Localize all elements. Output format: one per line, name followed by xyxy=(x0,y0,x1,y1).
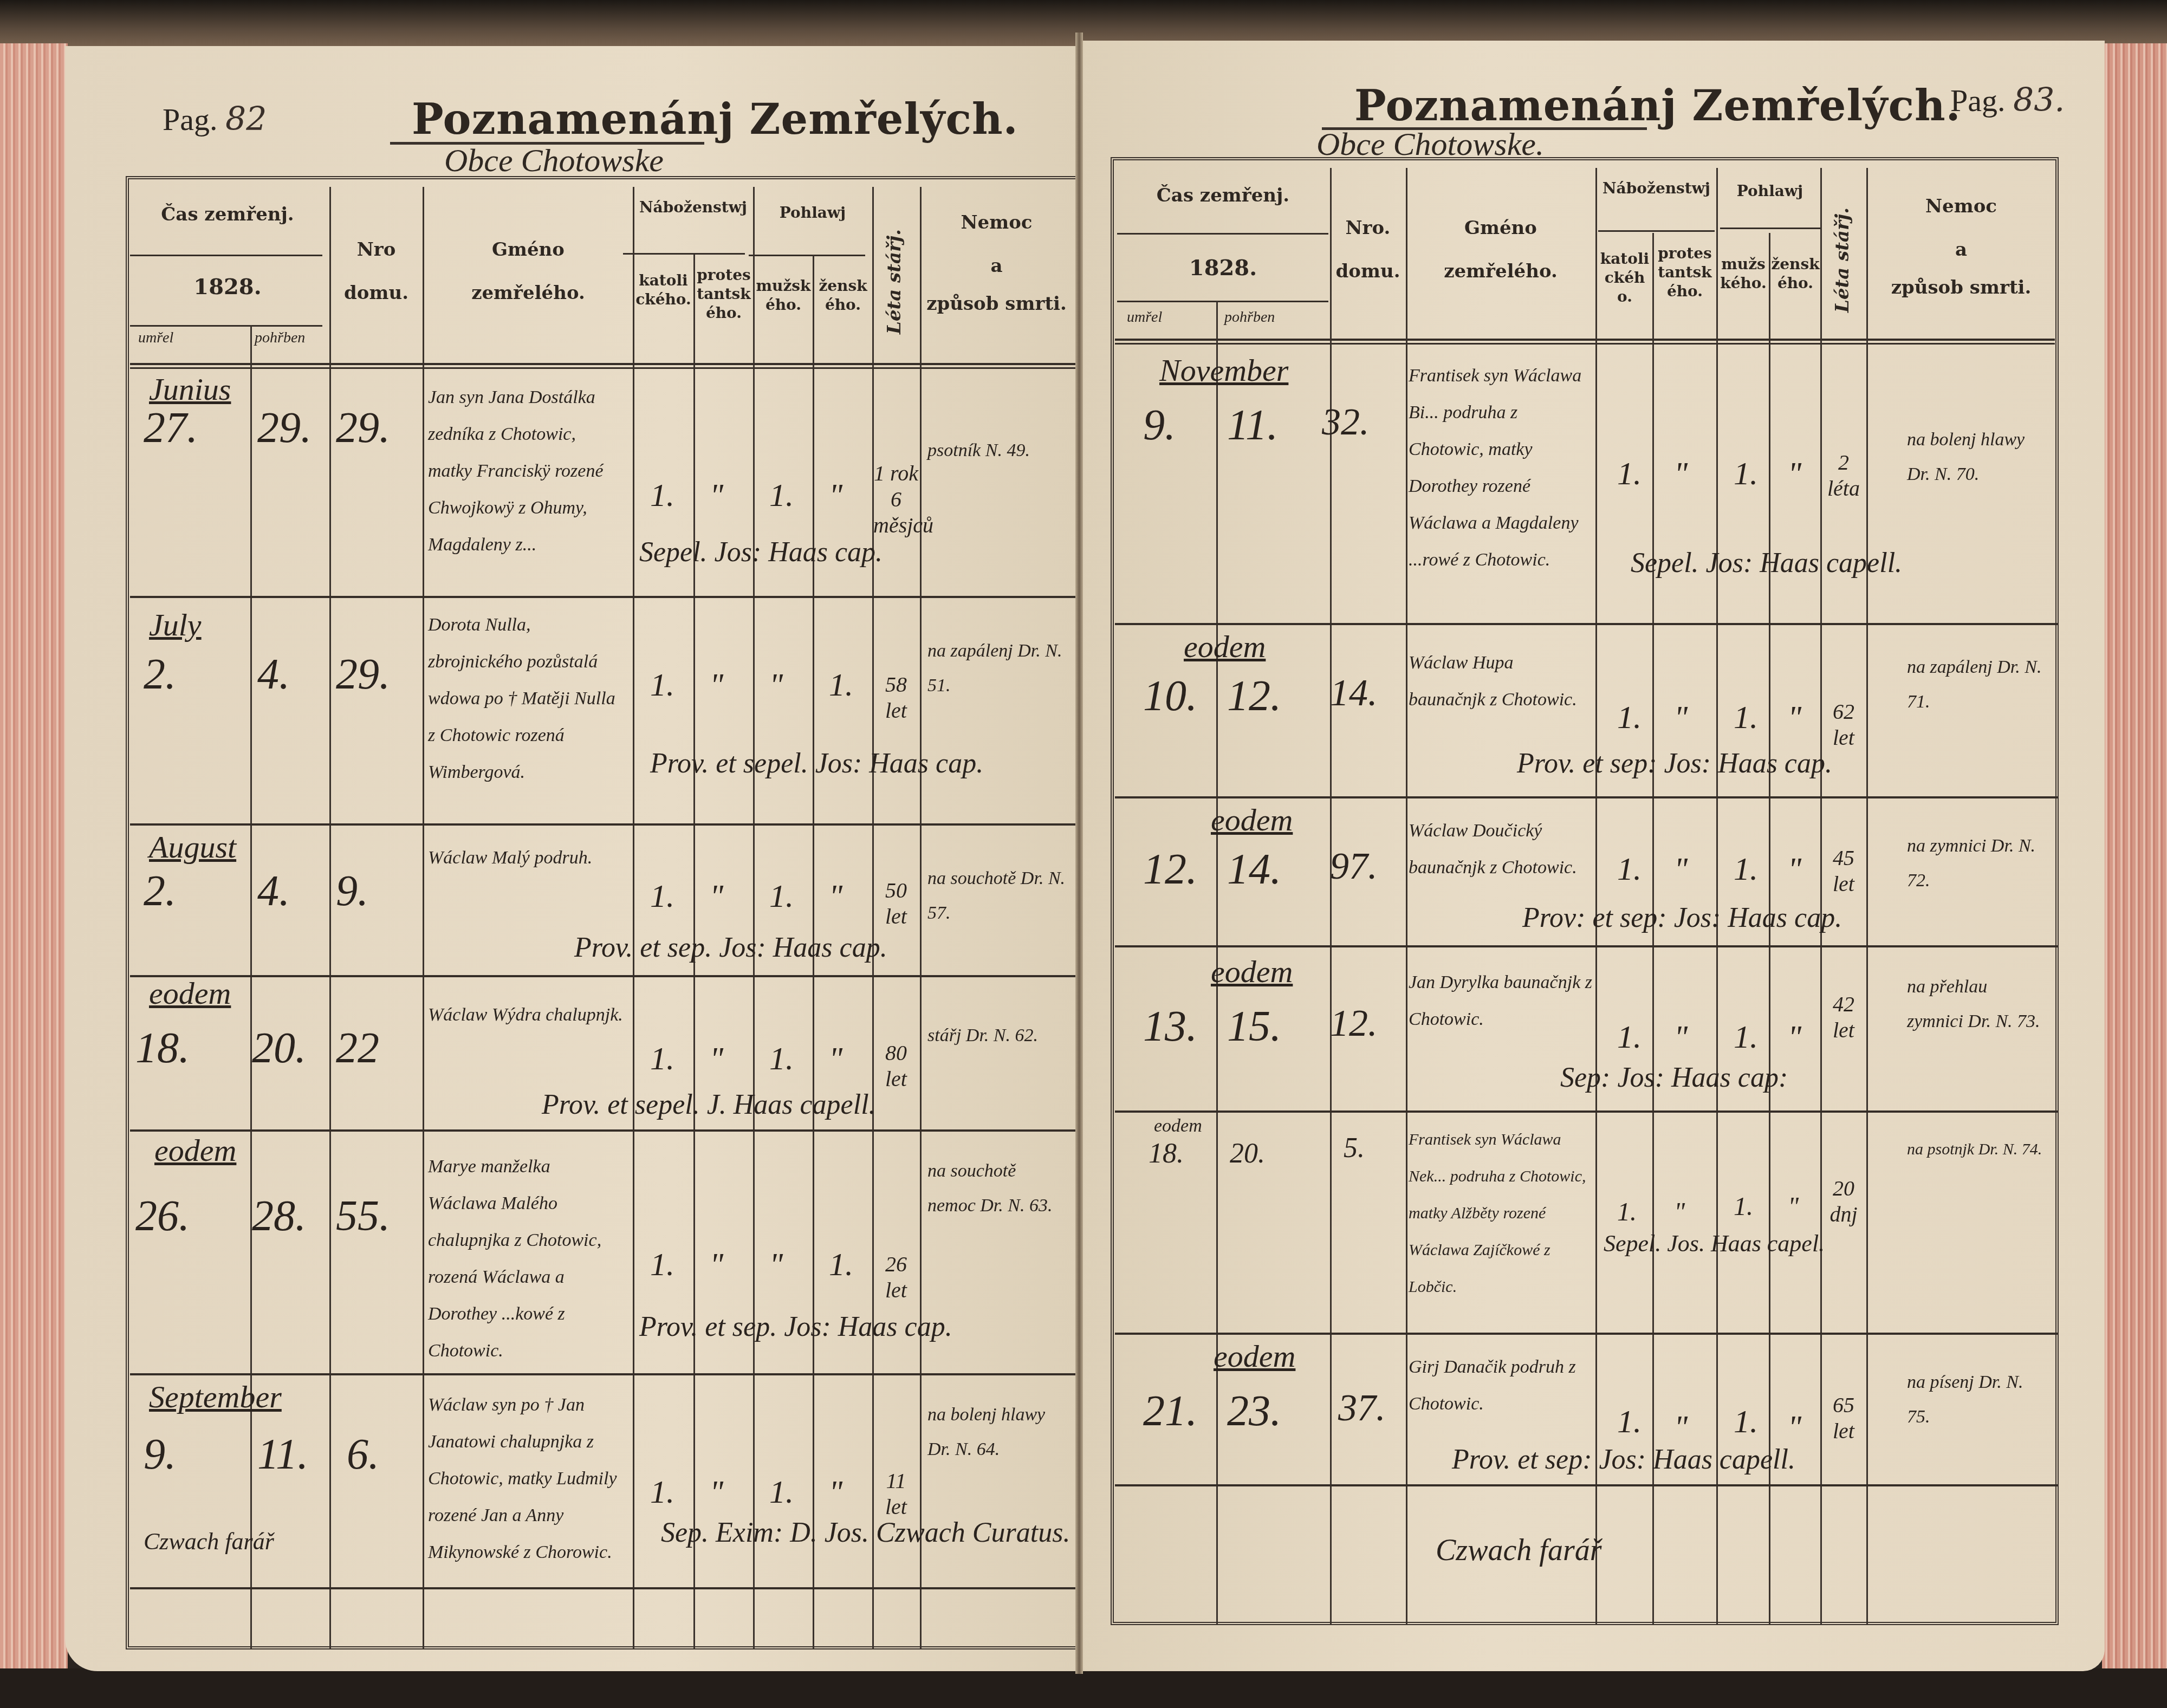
header-rule-sex xyxy=(749,255,865,256)
entry-house-number: 29. xyxy=(336,404,390,453)
entry-cause: na zapálenj Dr. N. 71. xyxy=(1907,650,2048,719)
entry-female: " xyxy=(1788,1018,1801,1056)
header-house-no: Nro. xyxy=(1333,217,1403,240)
entry-male: " xyxy=(769,666,783,704)
entry-burial-day: 11. xyxy=(257,1430,308,1479)
row-separator xyxy=(1115,1333,2058,1335)
col-line xyxy=(423,187,424,1649)
entry-cause: na zymnici Dr. N. 72. xyxy=(1907,829,2048,898)
entry-age: 1 rok 6 měsjců xyxy=(873,460,919,538)
entry-female: " xyxy=(829,1040,842,1077)
entry-signature: Prov. et sep: Jos: Haas capell. xyxy=(1452,1444,1795,1476)
entry-name: Wáclaw Hupa baunačnjk z Chotowic. xyxy=(1409,645,1593,718)
entry-death-day: 9. xyxy=(1143,401,1176,450)
entry-female: " xyxy=(829,1473,842,1511)
entry-burial-day: 15. xyxy=(1227,1002,1281,1051)
entry-month: July xyxy=(149,607,202,643)
entry-catholic: 1. xyxy=(650,477,674,514)
entry-name: Frantisek syn Wáclawa Nek... podruha z C… xyxy=(1409,1121,1593,1306)
entry-name: Jan Dyrylka baunačnjk z Chotowic. xyxy=(1409,964,1593,1038)
entry-catholic: 1. xyxy=(1617,1403,1642,1440)
entry-catholic: 1. xyxy=(650,666,674,704)
entry-name: Girj Danačik podruh z Chotowic. xyxy=(1409,1349,1593,1423)
entry-name: Marye manželka Wáclawa Malého chalupnjka… xyxy=(428,1148,623,1369)
entry-signature: Sepel. Jos: Haas cap. xyxy=(639,536,883,568)
entry-protestant: " xyxy=(1674,1197,1685,1227)
header-buried: pohřben xyxy=(255,329,305,347)
entry-signature: Prov. et sep. Jos: Haas cap. xyxy=(639,1311,952,1343)
entry-signature: Prov. et sepel. J. Haas capell. xyxy=(542,1089,876,1121)
entry-name: Wáclaw Doučický baunačnjk z Chotowic. xyxy=(1409,813,1593,886)
header-age: Léta stářj. xyxy=(883,211,906,352)
entry-burial-day: 4. xyxy=(257,650,290,699)
header-house-no-2: domu. xyxy=(332,282,421,305)
entry-catholic: 1. xyxy=(650,1246,674,1283)
right-page-title: Poznamenánj Zemřelých. xyxy=(1354,81,1961,131)
col-line xyxy=(1330,168,1332,1625)
entry-month: August xyxy=(149,829,236,865)
col-line xyxy=(633,187,634,1649)
priest-signature: Czwach farář xyxy=(1436,1533,1602,1568)
header-rule-dates xyxy=(1117,301,1328,302)
col-line xyxy=(1595,168,1597,1625)
entry-cause: na bolenj hlawy Dr. N. 70. xyxy=(1907,423,2048,492)
header-rule-religion xyxy=(1598,230,1715,232)
entry-death-day: 2. xyxy=(144,650,176,699)
entry-house-number: 37. xyxy=(1338,1387,1386,1430)
header-rule-religion xyxy=(623,253,745,255)
entry-signature: Prov. et sep. Jos: Haas cap. xyxy=(574,932,887,964)
entry-month: November xyxy=(1159,352,1288,388)
entry-signature: Prov. et sep: Jos: Haas cap. xyxy=(1517,748,1832,780)
entry-signature: Sepel. Jos. Haas capel. xyxy=(1604,1230,1825,1257)
col-line xyxy=(920,187,922,1649)
entry-catholic: 1. xyxy=(650,878,674,915)
header-catholic: katolického. xyxy=(635,271,692,309)
entry-cause: na souchotě nemoc Dr. N. 63. xyxy=(927,1154,1068,1223)
entry-age: 2 léta xyxy=(1821,450,1866,502)
row-separator xyxy=(1115,945,2058,947)
col-line xyxy=(329,187,331,1649)
header-time-of-death: Čas zemřenj. xyxy=(1119,184,1327,207)
header-died: umřel xyxy=(1127,309,1162,326)
entry-house-number: 9. xyxy=(336,867,368,916)
header-time-of-death: Čas zemřenj. xyxy=(135,203,320,226)
col-line xyxy=(1866,168,1868,1625)
entry-signature: Sep: Jos: Haas cap: xyxy=(1560,1062,1788,1094)
entry-house-number: 32. xyxy=(1322,401,1370,444)
entry-protestant: " xyxy=(710,878,723,915)
entry-male: 1. xyxy=(769,1040,794,1077)
entry-name: Wáclaw syn po † Jan Janatowi chalupnjka … xyxy=(428,1387,623,1571)
header-name-2: zemřelého. xyxy=(1409,260,1593,283)
entry-female: " xyxy=(1788,455,1801,492)
entry-age: 26 let xyxy=(873,1251,919,1303)
entry-age: 45 let xyxy=(1821,845,1866,897)
page-label: Pag. xyxy=(163,102,218,137)
entry-catholic: 1. xyxy=(650,1040,674,1077)
entry-burial-day: 4. xyxy=(257,867,290,916)
col-line xyxy=(1406,168,1407,1625)
entry-cause: stářj Dr. N. 62. xyxy=(927,1018,1068,1053)
left-page-title: Poznamenánj Zemřelých. xyxy=(412,95,1018,144)
header-age: Léta stářj. xyxy=(1831,195,1854,325)
row-separator xyxy=(1115,796,2058,798)
page-edges-right xyxy=(2102,43,2167,1708)
header-bottom-rule xyxy=(130,363,1075,365)
row-separator xyxy=(130,1373,1075,1375)
right-page-number: Pag. 83. xyxy=(1950,81,2065,119)
entry-burial-day: 14. xyxy=(1227,845,1281,894)
entry-house-number: 6. xyxy=(347,1430,379,1479)
entry-name: Wáclaw Wýdra chalupnjk. xyxy=(428,997,623,1034)
entry-cause: na přehlau zymnici Dr. N. 73. xyxy=(1907,970,2048,1039)
entry-female: " xyxy=(1788,1408,1801,1446)
row-separator xyxy=(1115,1484,2058,1486)
entry-death-day: 21. xyxy=(1143,1387,1197,1436)
row-separator xyxy=(1115,623,2058,625)
entry-cause: na zapálenj Dr. N. 51. xyxy=(927,634,1068,703)
entry-age: 62 let xyxy=(1821,699,1866,751)
entry-cause: na bolenj hlawy Dr. N. 64. xyxy=(927,1398,1068,1467)
entry-catholic: 1. xyxy=(1617,1197,1637,1227)
entry-burial-day: 20. xyxy=(1230,1138,1265,1170)
entry-month: eodem xyxy=(1211,953,1293,990)
entry-death-day: 13. xyxy=(1143,1002,1197,1051)
header-female: ženského. xyxy=(815,276,871,314)
entry-month: eodem xyxy=(154,1132,236,1168)
entry-female: " xyxy=(1788,699,1801,736)
entry-age: 80 let xyxy=(873,1040,919,1092)
entry-death-day: 18. xyxy=(135,1024,190,1073)
entry-death-day: 9. xyxy=(144,1430,176,1479)
entry-age: 50 let xyxy=(873,878,919,930)
header-cause-manner: způsob smrti. xyxy=(922,293,1071,316)
entry-protestant: " xyxy=(1674,850,1688,888)
header-cause: Nemoc xyxy=(1869,195,2053,218)
header-rule-time xyxy=(130,255,322,256)
entry-female: " xyxy=(829,878,842,915)
header-bottom-rule xyxy=(1115,339,2055,341)
entry-name: Jan syn Jana Dostálka zedníka z Chotowic… xyxy=(428,379,623,563)
entry-burial-day: 23. xyxy=(1227,1387,1281,1436)
header-religion: Náboženstwj xyxy=(635,198,751,217)
entry-death-day: 12. xyxy=(1143,845,1197,894)
entry-protestant: " xyxy=(1674,1018,1688,1056)
entry-month: eodem xyxy=(1154,1116,1202,1136)
entry-protestant: " xyxy=(710,1040,723,1077)
entry-male: 1. xyxy=(769,477,794,514)
header-female: ženského. xyxy=(1770,255,1820,293)
header-rule-sex xyxy=(1720,228,1820,229)
header-house-no-2: domu. xyxy=(1333,260,1403,283)
entry-house-number: 22 xyxy=(336,1024,379,1073)
header-buried: pohřben xyxy=(1224,309,1275,326)
header-cause-manner: způsob smrti. xyxy=(1869,276,2053,300)
entry-name: Dorota Nulla, zbrojnického pozůstalá wdo… xyxy=(428,607,623,791)
header-rule-dates xyxy=(130,325,322,327)
entry-catholic: 1. xyxy=(1617,699,1642,736)
header-cause: Nemoc xyxy=(922,211,1071,235)
entry-month: eodem xyxy=(149,975,231,1011)
page-number: 83. xyxy=(2013,81,2065,119)
left-parish-name: Obce Chotowske xyxy=(444,142,664,179)
header-died: umřel xyxy=(138,329,173,347)
entry-age: 65 let xyxy=(1821,1392,1866,1444)
header-bottom-rule-2 xyxy=(130,367,1075,369)
entry-age: 58 let xyxy=(873,672,919,724)
header-bottom-rule-2 xyxy=(1115,343,2055,345)
header-year: 1828. xyxy=(135,274,320,301)
entry-house-number: 29. xyxy=(336,650,390,699)
entry-death-day: 10. xyxy=(1143,672,1197,721)
header-catholic: katolického. xyxy=(1598,249,1651,306)
entry-cause: psotník N. 49. xyxy=(927,433,1068,468)
entry-burial-day: 20. xyxy=(252,1024,306,1073)
row-separator xyxy=(130,1129,1075,1132)
entry-signature: Prov. et sepel. Jos: Haas cap. xyxy=(650,748,983,780)
header-protestant: protestantského. xyxy=(1655,244,1715,301)
entry-male: 1. xyxy=(1734,699,1758,736)
entry-cause: na psotnjk Dr. N. 74. xyxy=(1907,1132,2048,1167)
entry-age: 20 dnj xyxy=(1821,1176,1866,1228)
row-separator xyxy=(130,975,1075,977)
header-name: Gméno xyxy=(1409,217,1593,240)
entry-protestant: " xyxy=(710,666,723,704)
entry-house-number: 55. xyxy=(336,1192,390,1241)
entry-death-day: 18. xyxy=(1149,1138,1184,1170)
entry-month: September xyxy=(149,1379,282,1415)
entry-signature: Prov: et sep: Jos: Haas cap. xyxy=(1522,902,1842,934)
header-house-no: Nro xyxy=(332,238,421,262)
left-page-number: Pag. 82 xyxy=(163,100,267,138)
entry-male: 1. xyxy=(769,1473,794,1511)
entry-female: " xyxy=(1788,850,1801,888)
entry-protestant: " xyxy=(1674,699,1688,736)
entry-male: 1. xyxy=(769,878,794,915)
entry-death-day: 2. xyxy=(144,867,176,916)
entry-house-number: 97. xyxy=(1330,845,1378,888)
entry-note: Czwach farář xyxy=(144,1528,274,1555)
header-sex: Pohlawj xyxy=(1718,181,1821,200)
entry-house-number: 5. xyxy=(1344,1132,1365,1164)
row-separator xyxy=(1115,1110,2058,1113)
entry-male: 1. xyxy=(1734,1018,1758,1056)
entry-protestant: " xyxy=(710,1473,723,1511)
entry-female: " xyxy=(829,477,842,514)
entry-cause: na souchotě Dr. N. 57. xyxy=(927,861,1068,931)
entry-male: 1. xyxy=(1734,1403,1758,1440)
book-gutter xyxy=(1075,33,1083,1674)
entry-burial-day: 12. xyxy=(1227,672,1281,721)
entry-female: 1. xyxy=(829,666,853,704)
header-name: Gméno xyxy=(425,238,631,262)
entry-male: " xyxy=(769,1246,783,1283)
header-religion: Náboženstwj xyxy=(1598,179,1715,198)
entry-house-number: 12. xyxy=(1330,1002,1378,1045)
entry-signature: Sep. Exim: D. Jos. Czwach Curatus. xyxy=(661,1517,1070,1549)
entry-protestant: " xyxy=(710,1246,723,1283)
col-line xyxy=(753,187,755,1649)
row-separator xyxy=(130,823,1075,826)
header-year: 1828. xyxy=(1119,255,1327,282)
entry-age: 42 let xyxy=(1821,991,1866,1043)
entry-female: " xyxy=(1788,1192,1799,1222)
entry-catholic: 1. xyxy=(1617,455,1642,492)
entry-house-number: 14. xyxy=(1330,672,1378,715)
background-bottom xyxy=(0,1668,2167,1708)
page-edges-left xyxy=(0,43,68,1708)
page-number: 82 xyxy=(225,100,267,138)
header-cause-and: a xyxy=(922,255,1071,278)
entry-death-day: 27. xyxy=(144,404,198,453)
entry-protestant: " xyxy=(1674,455,1688,492)
row-separator xyxy=(130,596,1075,598)
entry-protestant: " xyxy=(710,477,723,514)
col-line xyxy=(250,325,252,1649)
entry-burial-day: 28. xyxy=(252,1192,306,1241)
entry-month: eodem xyxy=(1214,1338,1295,1374)
col-line xyxy=(1716,168,1718,1625)
entry-name: Frantisek syn Wáclawa Bi... podruha z Ch… xyxy=(1409,358,1593,579)
entry-male: 1. xyxy=(1734,1192,1753,1222)
entry-burial-day: 11. xyxy=(1227,401,1278,450)
entry-catholic: 1. xyxy=(650,1473,674,1511)
entry-protestant: " xyxy=(1674,1408,1688,1446)
entry-month: eodem xyxy=(1184,628,1266,665)
entry-female: 1. xyxy=(829,1246,853,1283)
entry-cause: na písenj Dr. N. 75. xyxy=(1907,1365,2048,1434)
header-cause-and: a xyxy=(1869,238,2053,262)
header-name-2: zemřelého. xyxy=(425,282,631,305)
header-sex: Pohlawj xyxy=(755,203,870,222)
entry-month: Junius xyxy=(149,371,231,407)
page-label: Pag. xyxy=(1950,83,2006,118)
entry-male: 1. xyxy=(1734,455,1758,492)
header-protestant: protestantského. xyxy=(696,265,752,322)
entry-name: Wáclaw Malý podruh. xyxy=(428,840,623,876)
row-separator xyxy=(130,1587,1075,1589)
entry-catholic: 1. xyxy=(1617,1018,1642,1056)
header-male: mužského. xyxy=(1718,255,1768,293)
entry-death-day: 26. xyxy=(135,1192,190,1241)
entry-month: eodem xyxy=(1211,802,1293,838)
header-rule-time xyxy=(1117,233,1328,235)
entry-signature: Sepel. Jos: Haas capell. xyxy=(1631,547,1902,579)
entry-catholic: 1. xyxy=(1617,850,1642,888)
entry-age: 11 let xyxy=(873,1468,919,1520)
entry-burial-day: 29. xyxy=(257,404,312,453)
header-male: mužského. xyxy=(755,276,812,314)
entry-male: 1. xyxy=(1734,850,1758,888)
